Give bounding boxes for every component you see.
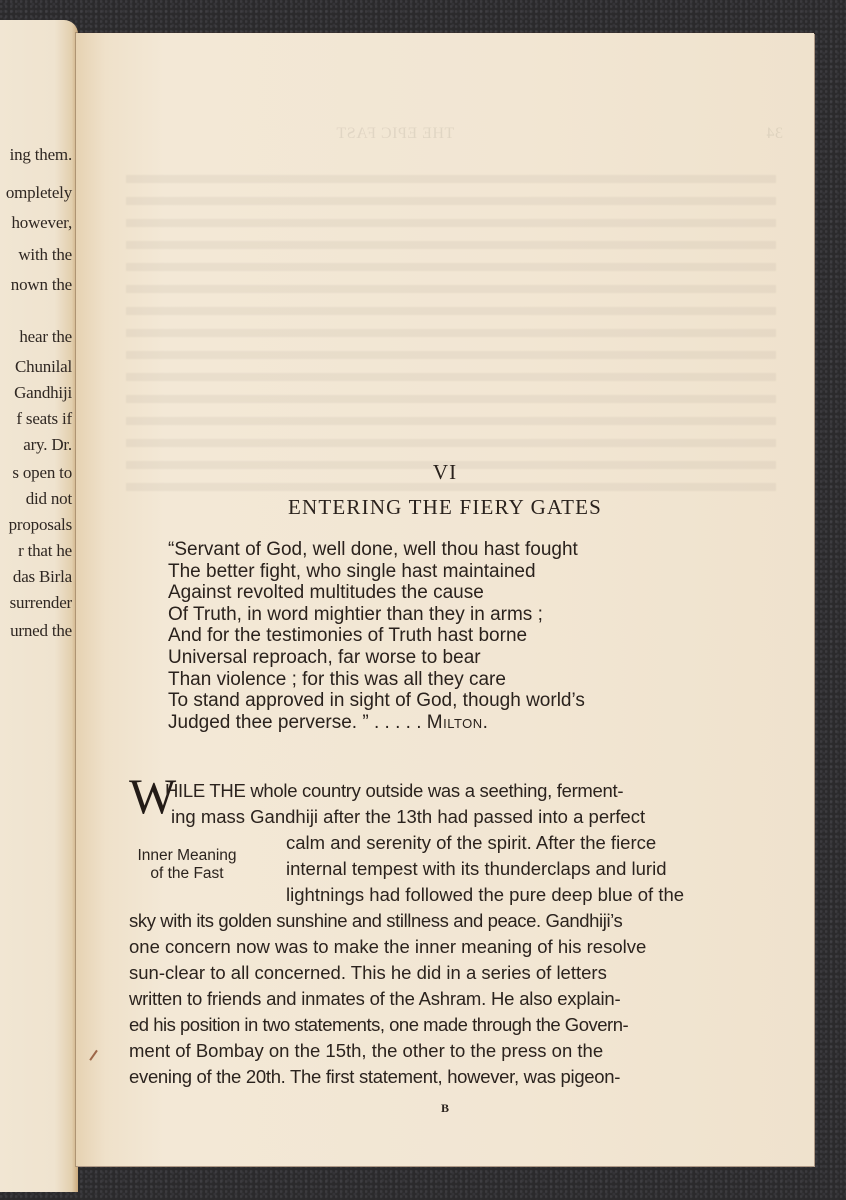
epigraph-line-final: Judged thee perverse. ” . . . . . Milton…	[168, 712, 585, 734]
body-line: HILE THE whole country outside was a see…	[165, 778, 716, 804]
left-page-line: proposals	[9, 515, 72, 535]
body-line: sky with its golden sunshine and stillne…	[129, 908, 716, 934]
epigraph-line: The better fight, who single hast mainta…	[168, 561, 585, 583]
epigraph-line: Against revolted multitudes the cause	[168, 582, 585, 604]
ink-mark	[89, 1050, 102, 1064]
body-line: ing mass Gandhiji after the 13th had pas…	[171, 804, 716, 830]
body-line: one concern now was to make the inner me…	[129, 934, 716, 960]
left-page-line: with the	[18, 245, 72, 265]
body-line: sun-clear to all concerned. This he did …	[129, 960, 716, 986]
left-page-line: however,	[12, 213, 73, 233]
left-page-line: Chunilal	[15, 357, 72, 377]
signature-mark: B	[76, 1101, 814, 1116]
body-line: ed his position in two statements, one m…	[129, 1012, 716, 1038]
left-page-line: hear the	[19, 327, 72, 347]
epigraph-line: Universal reproach, far worse to bear	[168, 647, 585, 669]
left-page-line: r that he	[18, 541, 72, 561]
body-line: ment of Bombay on the 15th, the other to…	[129, 1038, 716, 1064]
chapter-number: VI	[76, 460, 814, 485]
epigraph-attribution: Milton.	[427, 712, 489, 733]
chapter-title: ENTERING THE FIERY GATES	[76, 495, 814, 520]
body-line: internal tempest with its thunderclaps a…	[286, 856, 716, 882]
show-through-page-number: 34	[766, 125, 783, 143]
left-page-line: ompletely	[6, 183, 72, 203]
epigraph-line: Of Truth, in word mightier than they in …	[168, 604, 585, 626]
epigraph-line: Than violence ; for this was all they ca…	[168, 669, 585, 691]
show-through-running-head: THE EPIC FAST	[336, 125, 454, 143]
left-page-line: das Birla	[13, 567, 72, 587]
previous-page-edge: ing them. ompletely however, with the no…	[0, 20, 78, 1192]
epigraph: “Servant of God, well done, well thou ha…	[168, 539, 585, 733]
body-paragraph: HILE THE whole country outside was a see…	[129, 778, 716, 1090]
left-page-line: nown the	[11, 275, 72, 295]
body-line: calm and serenity of the spirit. After t…	[286, 830, 716, 856]
left-page-line: s open to	[12, 463, 72, 483]
epigraph-line: To stand approved in sight of God, thoug…	[168, 690, 585, 712]
book-page: THE EPIC FAST 34 VI ENTERING THE FIERY G…	[76, 33, 814, 1166]
epigraph-line: And for the testimonies of Truth hast bo…	[168, 625, 585, 647]
body-line: lightnings had followed the pure deep bl…	[286, 882, 716, 908]
left-page-line: f seats if	[16, 409, 72, 429]
left-page-line: did not	[26, 489, 72, 509]
left-page-line: Gandhiji	[14, 383, 72, 403]
left-page-line: surrender	[10, 593, 72, 613]
show-through-text-block	[126, 163, 776, 503]
left-page-line: ing them.	[10, 145, 72, 165]
epigraph-last-line: Judged thee perverse. ” . . . . .	[168, 712, 421, 733]
body-line: evening of the 20th. The first statement…	[129, 1064, 716, 1090]
left-page-line: ary. Dr.	[23, 435, 72, 455]
left-page-line: urned the	[10, 621, 72, 641]
body-line: written to friends and inmates of the As…	[129, 986, 716, 1012]
epigraph-line: “Servant of God, well done, well thou ha…	[168, 539, 585, 561]
